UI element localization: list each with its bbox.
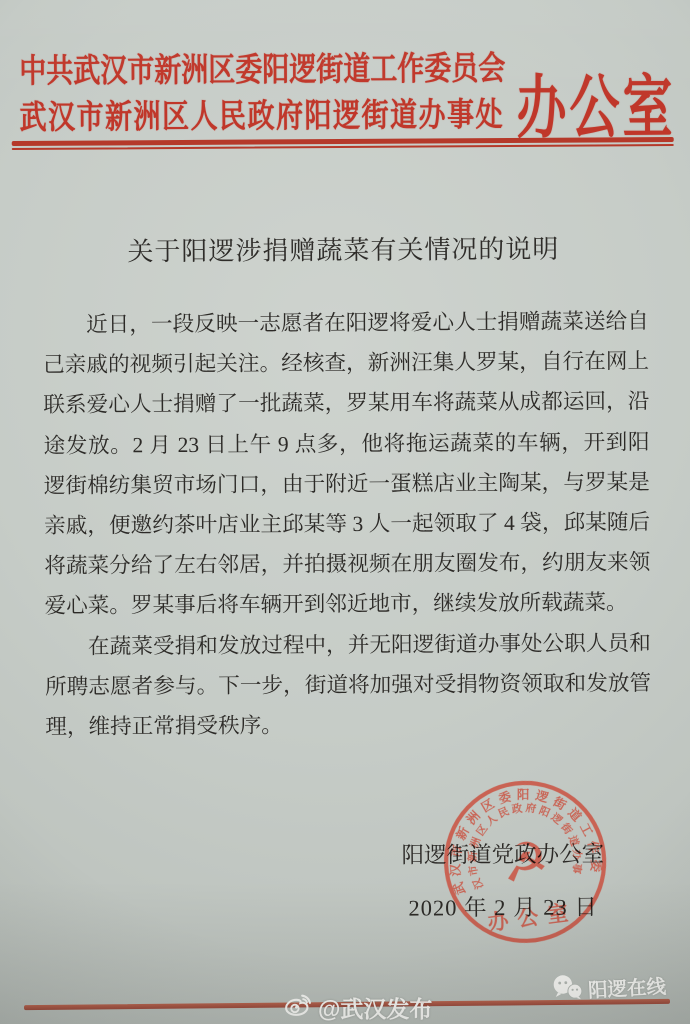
- document-body: 近日，一段反映一志愿者在阳逻将爱心人士捐赠蔬菜送给自己亲戚的视频引起关注。经核查…: [43, 301, 652, 747]
- letterhead-org-line-2: 武汉市新洲区人民政府阳逻街道办事处: [19, 91, 516, 140]
- paragraph-2: 在蔬菜受捐和发放过程中，并无阳逻街道办事处公职人员和所聘志愿者参与。下一步，街道…: [45, 623, 652, 747]
- hammer-and-sickle-icon: ☭: [498, 830, 552, 895]
- weibo-watermark: @武汉发布: [283, 991, 432, 1024]
- scanned-sheet: 中共武汉市新洲区委阳逻街道工作委员会 武汉市新洲区人民政府阳逻街道办事处 办公室…: [0, 0, 690, 1024]
- weibo-handle: @武汉发布: [318, 991, 432, 1024]
- official-seal: 中共武汉市新洲区委阳逻街道工作委员会 武汉市新洲区人民政府阳逻街道办事处 ☭ 办…: [431, 768, 619, 956]
- wechat-icon: [551, 972, 584, 1008]
- wechat-name: 阳逻在线: [587, 971, 666, 1003]
- document-title: 关于阳逻涉捐赠蔬菜有关情况的说明: [0, 228, 688, 269]
- weibo-icon: [283, 992, 312, 1023]
- letterhead-org-lines: 中共武汉市新洲区委阳逻街道工作委员会 武汉市新洲区人民政府阳逻街道办事处: [19, 45, 517, 141]
- paragraph-1: 近日，一段反映一志愿者在阳逻将爱心人士捐赠蔬菜送给自己亲戚的视频引起关注。经核查…: [43, 301, 651, 626]
- letterhead: 中共武汉市新洲区委阳逻街道工作委员会 武汉市新洲区人民政府阳逻街道办事处 办公室: [19, 44, 675, 128]
- document-photo: 中共武汉市新洲区委阳逻街道工作委员会 武汉市新洲区人民政府阳逻街道办事处 办公室…: [0, 0, 690, 1024]
- wechat-watermark: 阳逻在线: [551, 968, 667, 1008]
- letterhead-org-line-1: 中共武汉市新洲区委阳逻街道工作委员会: [19, 45, 516, 94]
